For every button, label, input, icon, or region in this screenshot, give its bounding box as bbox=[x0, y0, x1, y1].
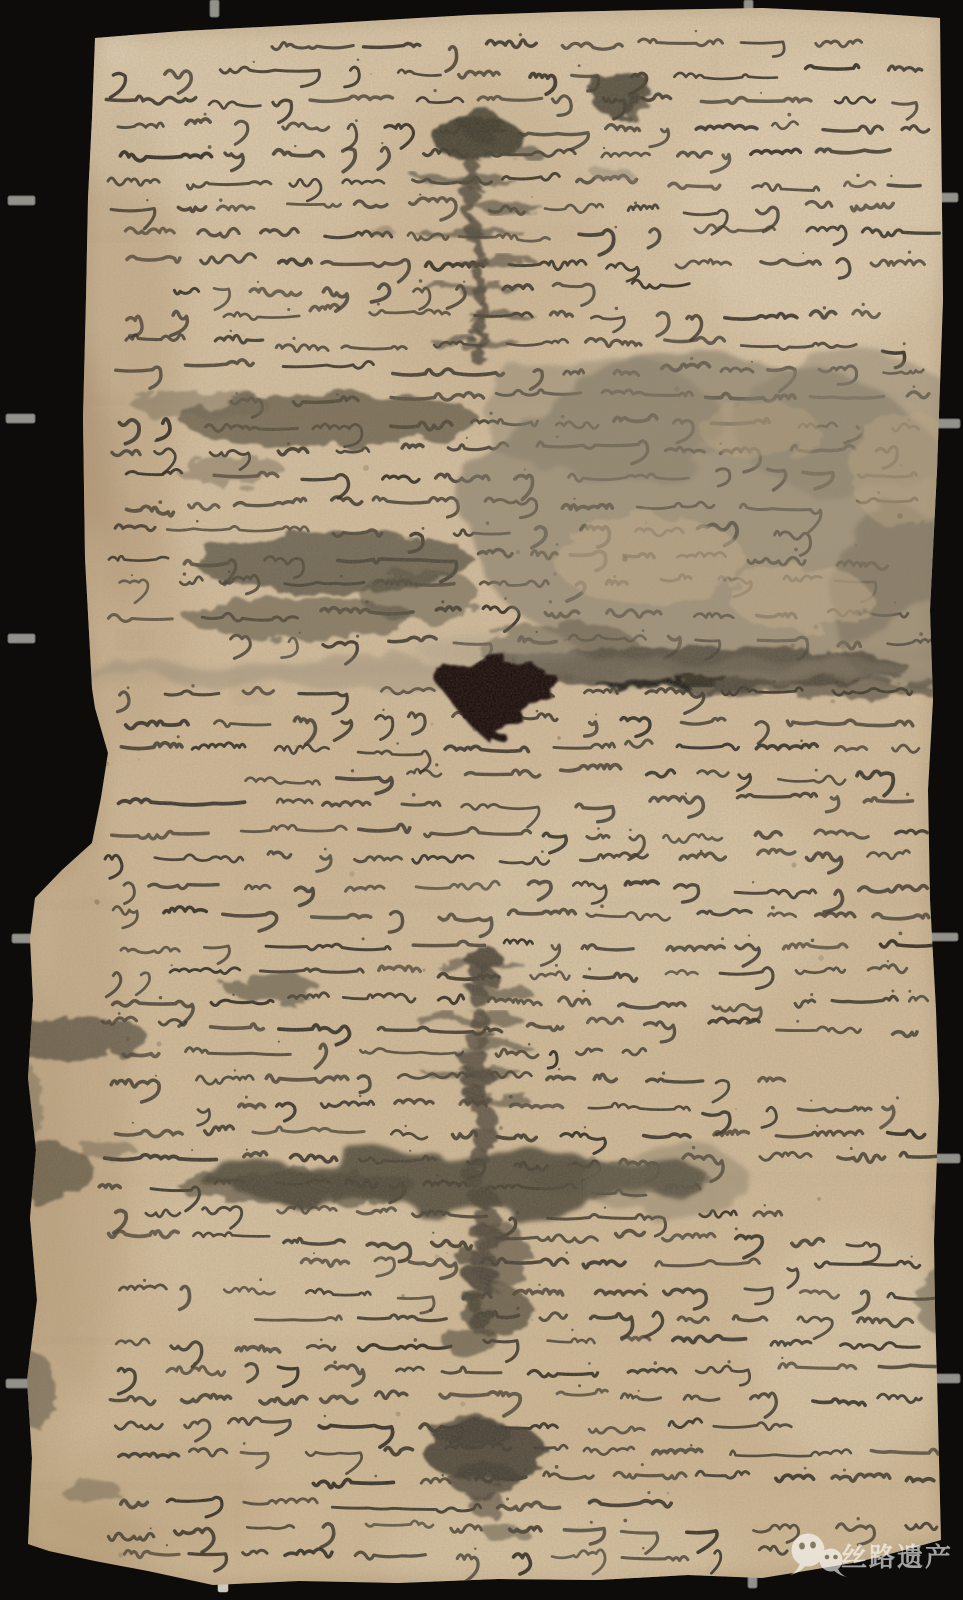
manuscript-photo: 丝路遗产 bbox=[0, 0, 963, 1600]
wechat-eye bbox=[810, 1542, 816, 1549]
wechat-eye bbox=[825, 1555, 830, 1560]
wechat-eye bbox=[833, 1555, 838, 1560]
photo-stage: 丝路遗产 bbox=[0, 0, 963, 1600]
mount-clip bbox=[6, 414, 35, 423]
mount-clip bbox=[8, 634, 35, 643]
paper-grain-texture bbox=[0, 0, 963, 1600]
mount-clip bbox=[210, 0, 219, 17]
wechat-big-bubble bbox=[792, 1534, 825, 1567]
wechat-small-bubble bbox=[820, 1549, 843, 1572]
stain-blob bbox=[934, 1184, 963, 1236]
mount-clip bbox=[936, 1154, 960, 1163]
watermark-text: 丝路遗产 bbox=[841, 1542, 953, 1573]
mount-clip bbox=[8, 196, 35, 205]
wechat-eye bbox=[799, 1543, 805, 1550]
